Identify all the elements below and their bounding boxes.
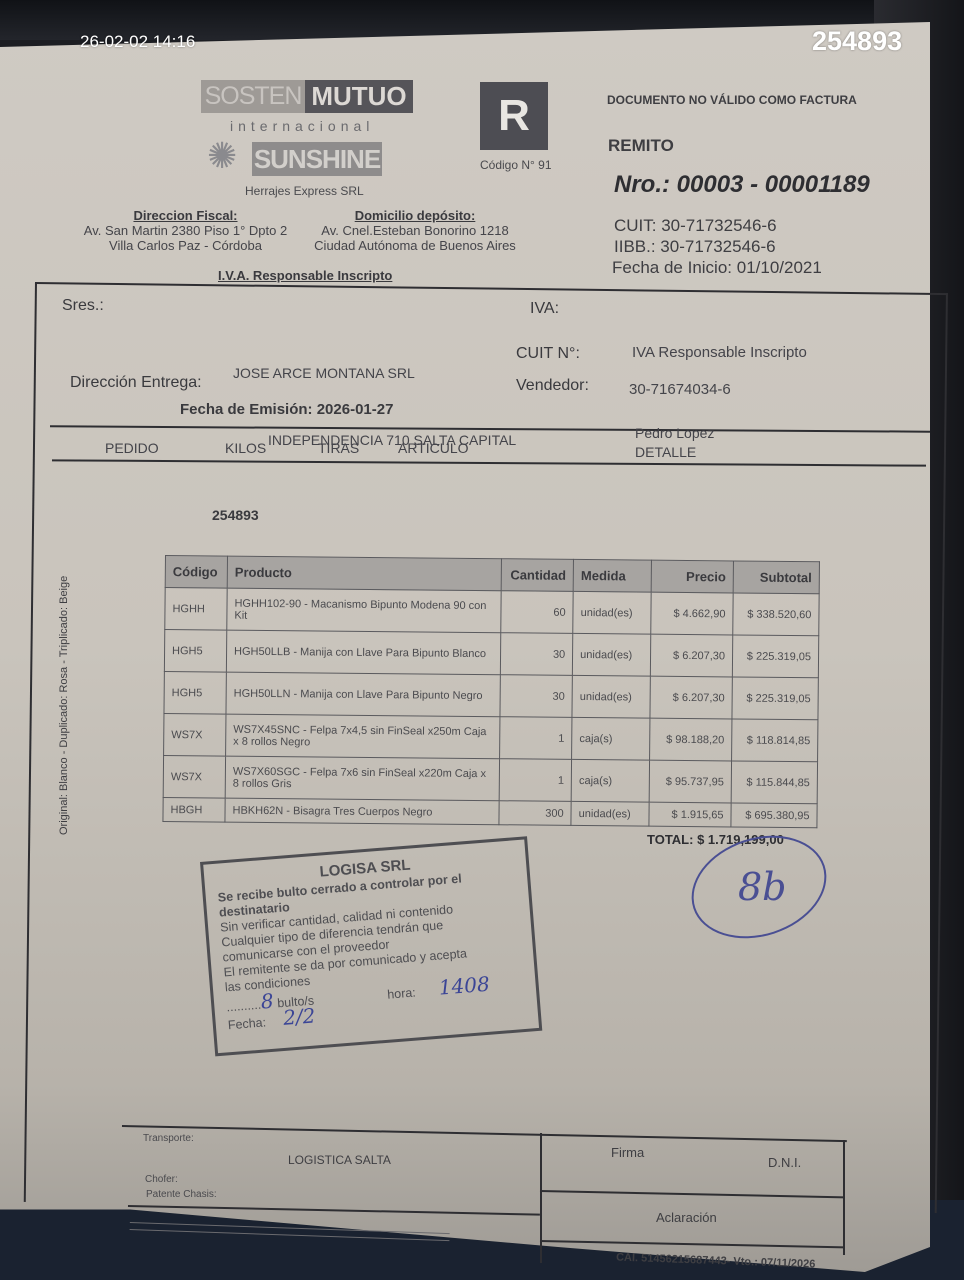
issuer-iva-status: I.V.A. Responsable Inscripto — [218, 268, 392, 283]
cell-cantidad: 1 — [499, 759, 571, 802]
sun-icon: ✺ — [207, 138, 237, 174]
column-detalle: DETALLE — [635, 444, 696, 460]
deposit-address: Domicilio depósito: Av. Cnel.Esteban Bon… — [305, 208, 525, 253]
column-articulo: ARTICULO — [398, 440, 469, 456]
delivery-address-value: INDEPENDENCIA 710 SALTA CAPITAL — [268, 432, 516, 448]
logo-word-sosten: SOSTEN — [201, 80, 305, 113]
seller-name: Pedro Lopez — [635, 425, 714, 441]
cell-producto: WS7X60SGC - Felpa 7x6 sin FinSeal x220m … — [225, 756, 500, 801]
cell-precio: $ 6.207,30 — [650, 676, 732, 719]
signature-label: Firma — [611, 1145, 644, 1160]
document-letter-box: R — [480, 82, 548, 150]
column-tiras: TIRAS — [318, 440, 359, 456]
table-row: WS7XWS7X60SGC - Felpa 7x6 sin FinSeal x2… — [163, 755, 817, 803]
cell-subtotal: $ 338.520,60 — [733, 593, 819, 636]
cell-medida: caja(s) — [571, 759, 649, 802]
cell-cantidad: 1 — [500, 717, 572, 760]
issuer-cuit: CUIT: 30-71732546-6 — [614, 216, 777, 236]
cell-precio: $ 1.915,65 — [649, 802, 731, 827]
cell-producto: HGH50LLB - Manija con Llave Para Bipunto… — [226, 630, 501, 675]
plate-label: Patente Chasis: — [146, 1189, 217, 1200]
logisa-stamp: LOGISA SRL Se recibe bulto cerrado a con… — [200, 836, 542, 1056]
cell-precio: $ 98.188,20 — [650, 718, 732, 761]
order-number: 254893 — [212, 507, 259, 523]
fiscal-address-line2: Villa Carlos Paz - Córdoba — [78, 238, 293, 253]
clarification-label: Aclaración — [656, 1210, 717, 1225]
header-producto: Producto — [227, 556, 501, 591]
stamp-hora-value: 1408 — [438, 972, 491, 1000]
document-number: Nro.: 00003 - 00001189 — [614, 171, 870, 199]
stamp-hora-label: hora: — [387, 986, 417, 1002]
footer-divider — [540, 1133, 542, 1263]
header-medida: Medida — [573, 559, 651, 592]
issuer-start-date: Fecha de Inicio: 01/10/2021 — [612, 258, 822, 278]
column-pedido: PEDIDO — [105, 440, 159, 456]
transport-label: Transporte: — [143, 1133, 194, 1144]
document-disclaimer: DOCUMENTO NO VÁLIDO COMO FACTURA — [607, 93, 857, 107]
cell-subtotal: $ 225.319,05 — [732, 635, 818, 678]
table-row: HGHHHGHH102-90 - Macanismo Bipunto Moden… — [165, 588, 819, 636]
document-type: REMITO — [608, 136, 674, 156]
deposit-address-line2: Ciudad Autónoma de Buenos Aires — [305, 238, 525, 253]
fiscal-address: Direccion Fiscal: Av. San Martin 2380 Pi… — [78, 208, 293, 253]
cell-producto: WS7X45SNC - Felpa 7x4,5 sin FinSeal x250… — [226, 714, 501, 759]
cell-codigo: HGH5 — [164, 630, 226, 673]
customer-name: JOSE ARCE MONTANA SRL — [233, 365, 415, 381]
header-precio: Precio — [651, 560, 733, 593]
header-cantidad: Cantidad — [501, 559, 573, 592]
document-letter-code: Código N° 91 — [480, 158, 552, 172]
cell-codigo: HGHH — [165, 588, 227, 631]
handwritten-mark: 8b — [738, 865, 787, 909]
driver-label: Chofer: — [145, 1174, 178, 1185]
customer-iva-value: IVA Responsable Inscripto — [632, 344, 807, 361]
cell-codigo: HBGH — [163, 797, 225, 822]
cell-subtotal: $ 225.319,05 — [732, 677, 818, 720]
table-row: HGH5HGH50LLN - Manija con Llave Para Bip… — [164, 671, 818, 719]
transport-value: LOGISTICA SALTA — [288, 1153, 391, 1167]
cell-medida: unidad(es) — [573, 591, 651, 634]
customer-cuit-value: 30-71674034-6 — [629, 381, 731, 398]
cell-cantidad: 300 — [499, 801, 571, 826]
cell-medida: caja(s) — [572, 717, 650, 760]
deposit-address-heading: Domicilio depósito: — [305, 208, 525, 223]
table-row: WS7XWS7X45SNC - Felpa 7x4,5 sin FinSeal … — [164, 713, 818, 761]
logo-brand: SUNSHINE — [252, 142, 382, 176]
cell-cantidad: 60 — [501, 591, 573, 634]
cell-cantidad: 30 — [501, 633, 573, 676]
cell-codigo: WS7X — [164, 713, 226, 756]
cell-precio: $ 4.662,90 — [651, 592, 733, 635]
copy-color-note: Original: Blanco - Duplicado: Rosa - Tri… — [58, 576, 70, 835]
issuer-logo: SOSTEN MUTUO — [201, 80, 413, 113]
items-table: Código Producto Cantidad Medida Precio S… — [162, 555, 820, 828]
photo-timestamp: 26-02-02 14:16 — [80, 32, 195, 52]
cell-precio: $ 95.737,95 — [649, 760, 731, 803]
header-codigo: Código — [165, 556, 227, 589]
stamp-fecha-label: Fecha: — [227, 1015, 266, 1032]
sres-label: Sres.: — [62, 297, 104, 315]
stamp-fecha-value: 2/2 — [282, 1003, 316, 1029]
cell-medida: unidad(es) — [573, 633, 651, 676]
fiscal-address-line1: Av. San Martin 2380 Piso 1° Dpto 2 — [78, 223, 293, 238]
deposit-address-line1: Av. Cnel.Esteban Bonorino 1218 — [305, 223, 525, 238]
cell-medida: unidad(es) — [572, 675, 650, 718]
customer-cuit-label: CUIT N°: — [516, 345, 580, 363]
cell-codigo: HGH5 — [164, 671, 226, 714]
footer-right-edge — [843, 1140, 845, 1255]
cell-producto: HGH50LLN - Manija con Llave Para Bipunto… — [226, 672, 501, 717]
cell-precio: $ 6.207,30 — [650, 634, 732, 677]
table-row: HGH5HGH50LLB - Manija con Llave Para Bip… — [164, 630, 818, 678]
fiscal-address-heading: Direccion Fiscal: — [78, 208, 293, 223]
column-kilos: KILOS — [225, 440, 266, 456]
iva-label: IVA: — [530, 300, 559, 318]
logo-subtitle: internacional — [230, 118, 374, 134]
cell-producto: HGHH102-90 - Macanismo Bipunto Modena 90… — [227, 588, 502, 633]
issuer-iibb: IIBB.: 30-71732546-6 — [614, 237, 776, 257]
header-subtotal: Subtotal — [733, 561, 819, 594]
cell-subtotal: $ 115.844,85 — [731, 761, 817, 804]
photo-document-code: 254893 — [812, 26, 902, 57]
cell-cantidad: 30 — [500, 675, 572, 718]
issuer-company-name: Herrajes Express SRL — [245, 184, 364, 198]
cell-subtotal: $ 695.380,95 — [731, 803, 817, 828]
stamp-bultos-value: 8 — [260, 989, 275, 1014]
dni-label: D.N.I. — [768, 1155, 801, 1170]
cell-medida: unidad(es) — [571, 801, 649, 826]
seller-label: Vendedor: — [516, 377, 589, 395]
cell-producto: HBKH62N - Bisagra Tres Cuerpos Negro — [225, 798, 499, 825]
logo-word-mutuo: MUTUO — [305, 80, 413, 113]
cell-codigo: WS7X — [163, 755, 225, 798]
cell-subtotal: $ 118.814,85 — [732, 719, 818, 762]
issue-date: Fecha de Emisión: 2026-01-27 — [180, 401, 393, 418]
delivery-address-label: Dirección Entrega: — [70, 374, 202, 392]
